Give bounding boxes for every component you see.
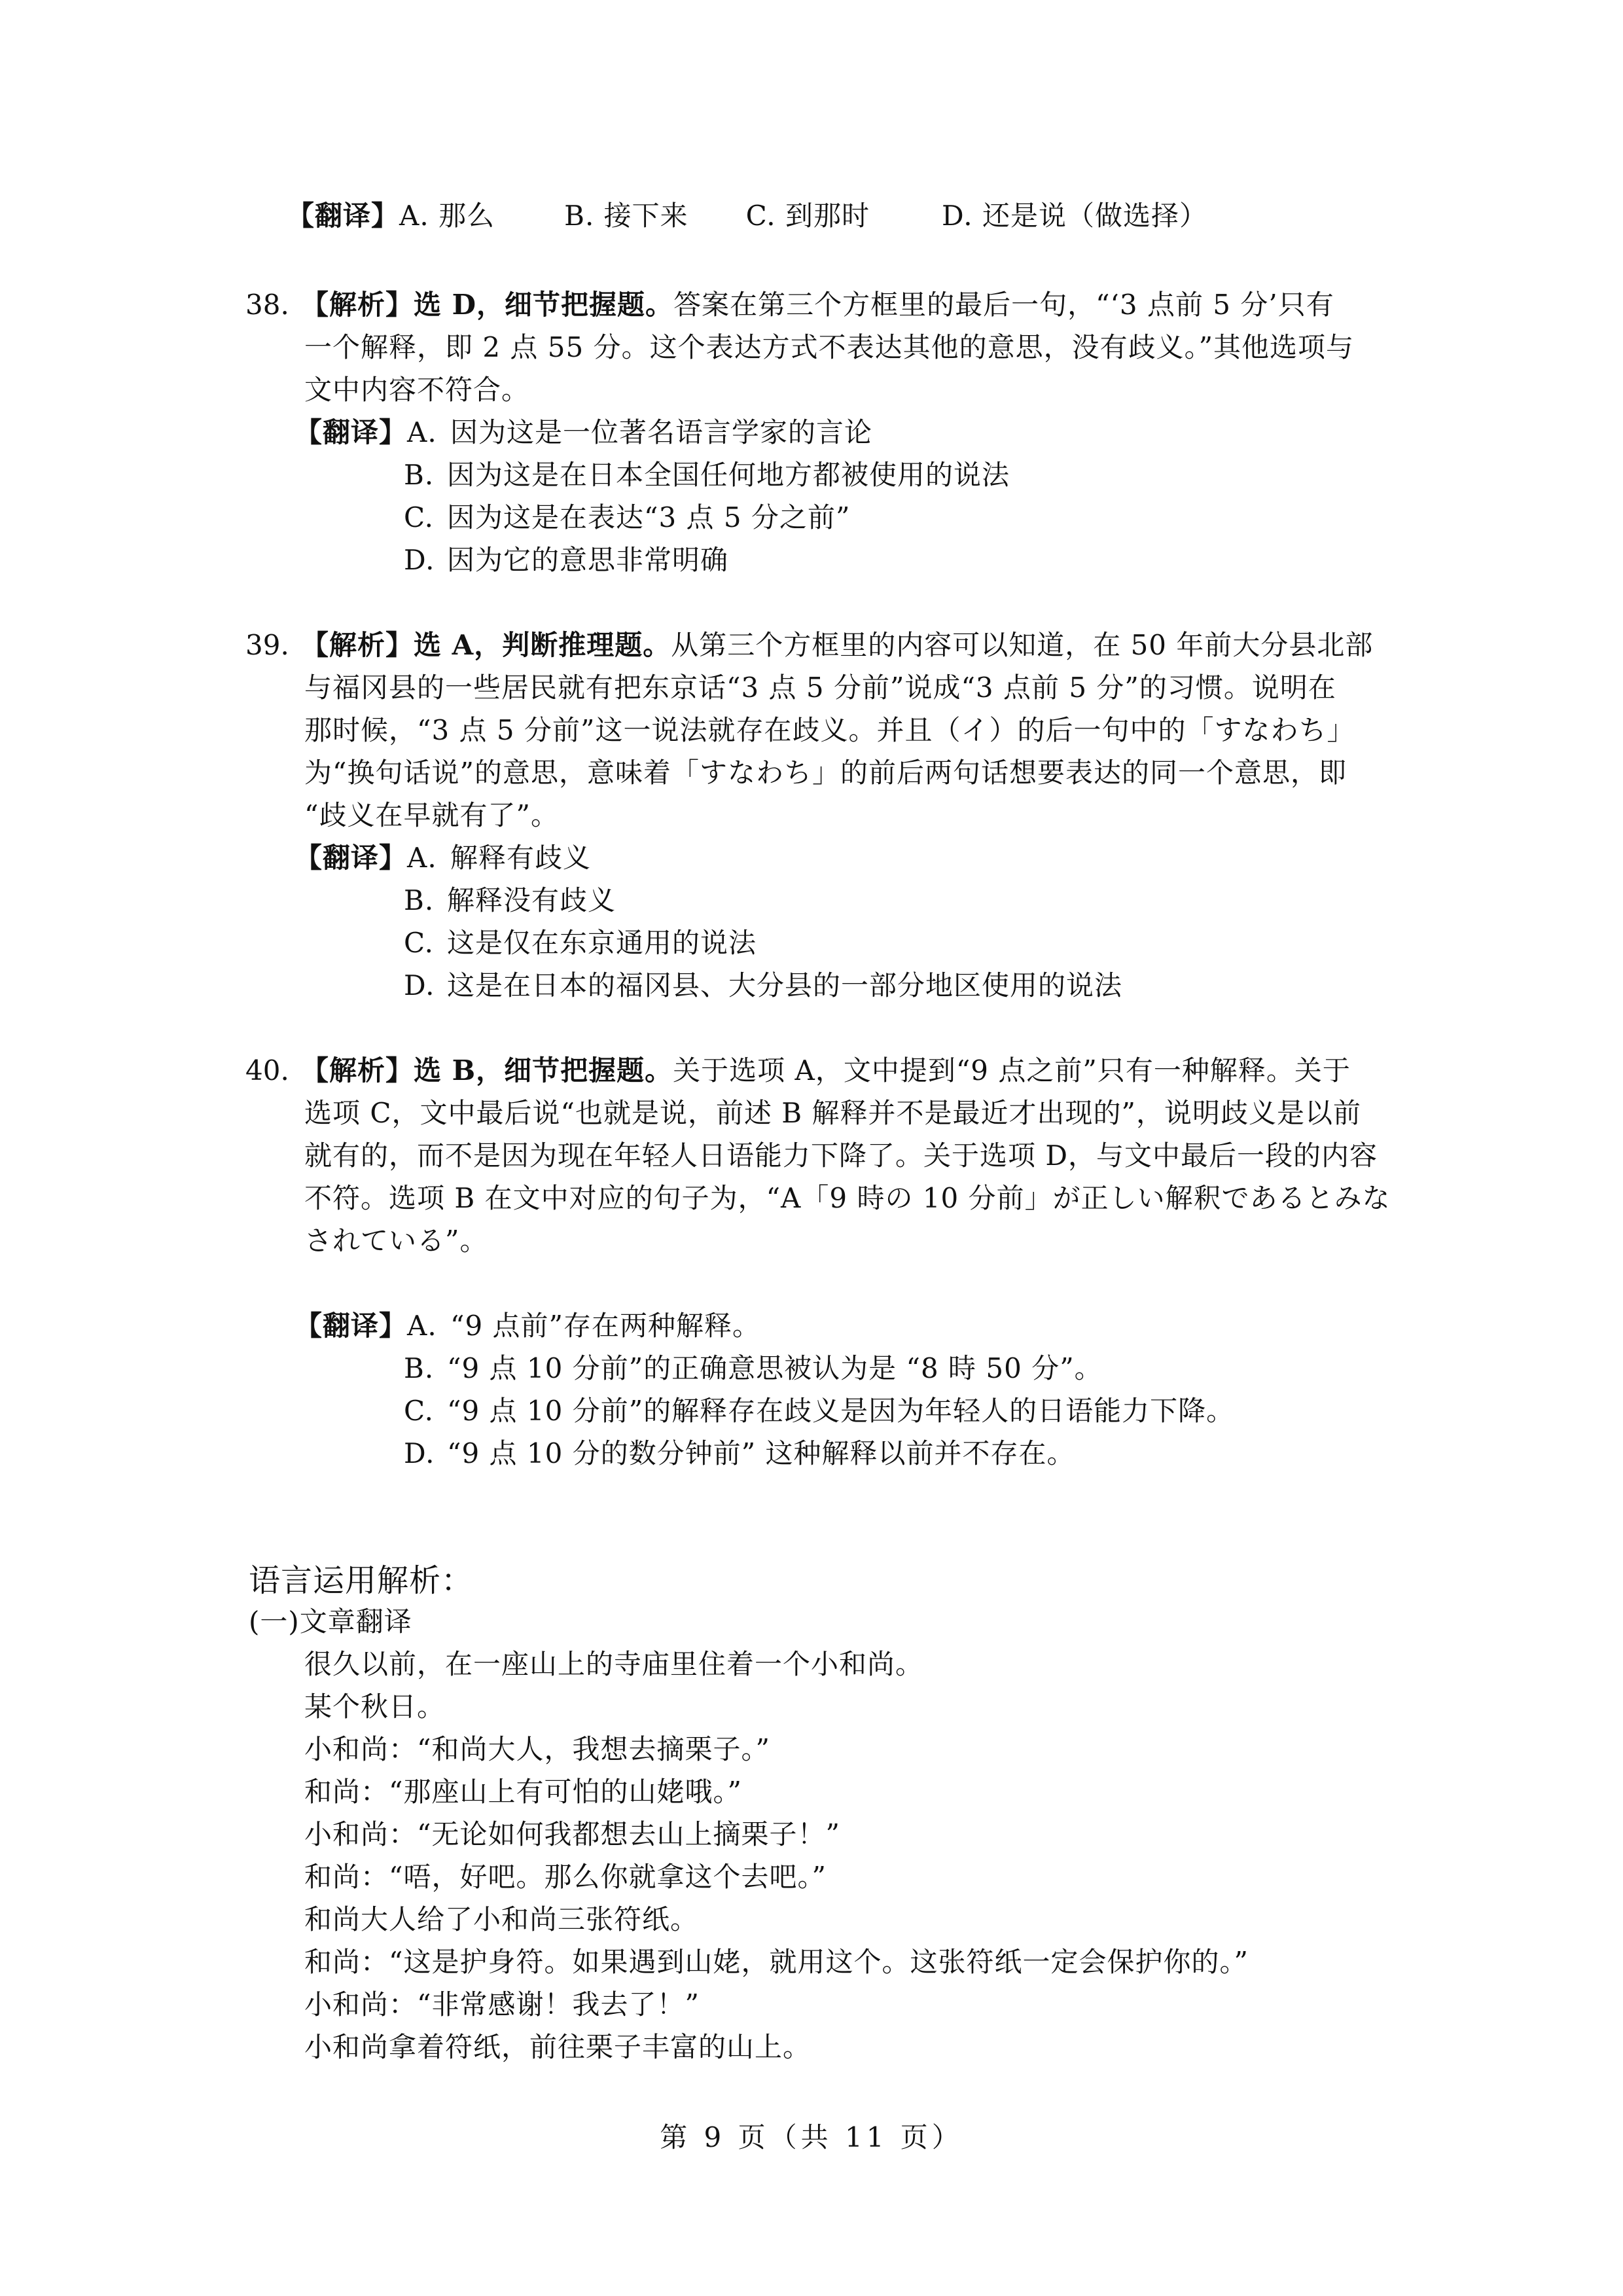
translation-option: B.解释没有歧义 bbox=[404, 882, 616, 919]
option-text: 因为这是一位著名语言学家的言论 bbox=[450, 416, 872, 448]
analysis-line: 为“换句话说”的意思，意味着「すなわち」的前后两句话想要表达的同一个意思，即 bbox=[304, 755, 1347, 791]
story-line: 某个秋日。 bbox=[304, 1689, 445, 1725]
option-text: 解释有歧义 bbox=[450, 842, 591, 874]
analysis-tag: 【解析】 bbox=[301, 1054, 414, 1086]
option-key: D. bbox=[404, 967, 447, 1004]
translation-option: D.这是在日本的福冈县、大分县的一部分地区使用的说法 bbox=[404, 967, 1122, 1004]
question-number: 39. bbox=[245, 627, 289, 664]
option-key: D. bbox=[404, 1435, 447, 1472]
analysis-line: 【解析】选 D，细节把握题。答案在第三个方框里的最后一句，“‘3 点前 5 分’… bbox=[301, 287, 1334, 323]
page-number-footer: 第 9 页（共 11 页） bbox=[0, 2119, 1623, 2156]
question-number: 40. bbox=[245, 1052, 289, 1089]
story-line: 小和尚：“无论如何我都想去山上摘栗子！” bbox=[304, 1816, 840, 1853]
analysis-line: 一个解释，即 2 点 55 分。这个表达方式不表达其他的意思，没有歧义。”其他选… bbox=[304, 329, 1354, 366]
story-line: 很久以前，在一座山上的寺庙里住着一个小和尚。 bbox=[304, 1646, 923, 1683]
option-key: A. bbox=[407, 1308, 450, 1344]
translation-tag: 【翻译】 bbox=[294, 842, 407, 874]
story-line: 和尚：“那座山上有可怕的山姥哦。” bbox=[304, 1774, 742, 1810]
analysis-line: 那时候，“3 点 5 分前”这一说法就存在歧义。并且（イ）的后一句中的「すなわち… bbox=[304, 712, 1355, 749]
option-key: B. bbox=[564, 200, 594, 232]
translation-option: D.“9 点 10 分的数分钟前” 这种解释以前并不存在。 bbox=[404, 1435, 1075, 1472]
story-line: 和尚大人给了小和尚三张符纸。 bbox=[304, 1901, 698, 1938]
option-text: 因为这是在日本全国任何地方都被使用的说法 bbox=[447, 459, 1010, 491]
option-key: C. bbox=[404, 1393, 447, 1429]
option-text: 这是在日本的福冈县、大分县的一部分地区使用的说法 bbox=[447, 969, 1122, 1001]
translation-tag: 【翻译】 bbox=[287, 200, 399, 232]
analysis-line: 选项 C，文中最后说“也就是说，前述 B 解释并不是最近才出现的”，说明歧义是以… bbox=[304, 1095, 1361, 1132]
option-key: A. bbox=[399, 200, 429, 232]
option-text: 那么 bbox=[438, 200, 495, 232]
analysis-tag: 【解析】 bbox=[301, 629, 414, 661]
option-text: 还是说（做选择） bbox=[982, 200, 1207, 232]
answer-lead: 选 B，细节把握题。 bbox=[414, 1054, 673, 1086]
analysis-line: 【解析】选 A，判断推理题。从第三个方框里的内容可以知道，在 50 年前大分县北… bbox=[301, 627, 1373, 664]
option-text: 这是仅在东京通用的说法 bbox=[447, 927, 757, 959]
option-text: 解释没有歧义 bbox=[447, 884, 616, 916]
analysis-text: 答案在第三个方框里的最后一句，“‘3 点前 5 分’只有 bbox=[673, 289, 1334, 321]
option-key: C. bbox=[746, 200, 776, 232]
translation-option: 【翻译】A.因为这是一位著名语言学家的言论 bbox=[294, 414, 872, 451]
section-subheading: (一)文章翻译 bbox=[249, 1604, 412, 1640]
translation-option: D.因为它的意思非常明确 bbox=[404, 542, 728, 579]
analysis-line: 【解析】选 B，细节把握题。关于选项 A，文中提到“9 点之前”只有一种解释。关… bbox=[301, 1052, 1351, 1089]
analysis-line: されている”。 bbox=[304, 1223, 488, 1259]
analysis-line: “歧义在早就有了”。 bbox=[304, 797, 559, 834]
story-line: 和尚：“这是护身符。如果遇到山姥，就用这个。这张符纸一定会保护你的。” bbox=[304, 1944, 1249, 1981]
analysis-line: 就有的，而不是因为现在年轻人日语能力下降了。关于选项 D，与文中最后一段的内容 bbox=[304, 1138, 1378, 1174]
analysis-text: 关于选项 A，文中提到“9 点之前”只有一种解释。关于 bbox=[673, 1054, 1351, 1086]
option-text: 因为它的意思非常明确 bbox=[447, 544, 728, 576]
translation-option: 【翻译】A.“9 点前”存在两种解释。 bbox=[294, 1308, 760, 1344]
option-text: 因为这是在表达“3 点 5 分之前” bbox=[447, 501, 850, 533]
option-key: C. bbox=[404, 925, 447, 961]
option-key: B. bbox=[404, 882, 447, 919]
option-key: A. bbox=[407, 414, 450, 451]
story-line: 小和尚拿着符纸，前往栗子丰富的山上。 bbox=[304, 2029, 811, 2066]
answer-lead: 选 A，判断推理题。 bbox=[414, 629, 671, 661]
option-key: B. bbox=[404, 457, 447, 493]
option-key: A. bbox=[407, 840, 450, 876]
analysis-line: 文中内容不符合。 bbox=[304, 372, 529, 408]
option-text: “9 点 10 分前”的正确意思被认为是 “8 時 50 分”。 bbox=[447, 1352, 1103, 1384]
option-text: “9 点前”存在两种解释。 bbox=[450, 1310, 760, 1342]
option-key: D. bbox=[404, 542, 447, 579]
analysis-line: 与福冈县的一些居民就有把东京话“3 点 5 分前”说成“3 点前 5 分”的习惯… bbox=[304, 670, 1336, 706]
analysis-tag: 【解析】 bbox=[301, 289, 414, 321]
analysis-line: 不符。选项 B 在文中对应的句子为，“A「9 時の 10 分前」が正しい解釈であ… bbox=[304, 1180, 1391, 1217]
option-text: “9 点 10 分前”的解释存在歧义是因为年轻人的日语能力下降。 bbox=[447, 1395, 1234, 1427]
analysis-text: 从第三个方框里的内容可以知道，在 50 年前大分县北部 bbox=[671, 629, 1373, 661]
translation-option: C.这是仅在东京通用的说法 bbox=[404, 925, 757, 961]
story-line: 小和尚：“和尚大人，我想去摘栗子。” bbox=[304, 1731, 770, 1768]
option-text: 接下来 bbox=[604, 200, 688, 232]
translation-option: B.因为这是在日本全国任何地方都被使用的说法 bbox=[404, 457, 1010, 493]
story-line: 小和尚：“非常感谢！我去了！” bbox=[304, 1986, 700, 2023]
translation-option: B.“9 点 10 分前”的正确意思被认为是 “8 時 50 分”。 bbox=[404, 1350, 1103, 1387]
translation-tag: 【翻译】 bbox=[294, 1310, 407, 1342]
option-text: 到那时 bbox=[785, 200, 870, 232]
option-text: “9 点 10 分的数分钟前” 这种解释以前并不存在。 bbox=[447, 1437, 1075, 1469]
answer-lead: 选 D，细节把握题。 bbox=[414, 289, 673, 321]
question-number: 38. bbox=[245, 287, 289, 323]
translation-option: C.“9 点 10 分前”的解释存在歧义是因为年轻人的日语能力下降。 bbox=[404, 1393, 1234, 1429]
translation-option: C.因为这是在表达“3 点 5 分之前” bbox=[404, 499, 850, 536]
option-key: B. bbox=[404, 1350, 447, 1387]
top-translation-line: 【翻译】A. 那么B. 接下来C. 到那时D. 还是说（做选择） bbox=[287, 198, 1207, 234]
story-line: 和尚：“唔，好吧。那么你就拿这个去吧。” bbox=[304, 1859, 827, 1895]
translation-option: 【翻译】A.解释有歧义 bbox=[294, 840, 591, 876]
section-heading: 语言运用解析： bbox=[249, 1561, 473, 1600]
option-key: D. bbox=[942, 200, 973, 232]
translation-tag: 【翻译】 bbox=[294, 416, 407, 448]
option-key: C. bbox=[404, 499, 447, 536]
